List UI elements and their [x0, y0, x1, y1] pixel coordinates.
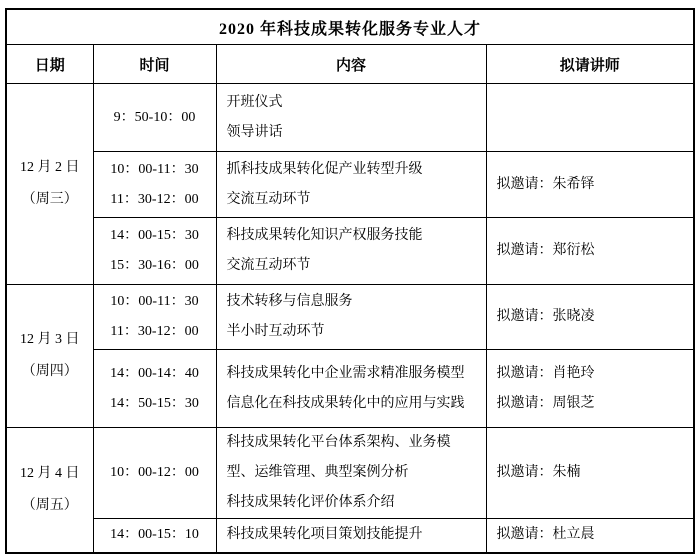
- time-text: 15：30-16：00: [94, 251, 216, 281]
- table-row: 14：00-15：30 15：30-16：00 科技成果转化知识产权服务技能 交…: [6, 218, 694, 285]
- lecturer-cell: 拟邀请：朱希铎: [486, 152, 694, 218]
- content-cell: 抓科技成果转化促产业转型升级 交流互动环节: [216, 152, 486, 218]
- content-text: 信息化在科技成果转化中的应用与实践: [227, 389, 476, 419]
- content-text: 领导讲话: [227, 118, 476, 148]
- time-text: 10：00-12：00: [94, 458, 216, 488]
- content-cell: 科技成果转化中企业需求精准服务模型 信息化在科技成果转化中的应用与实践: [216, 350, 486, 428]
- table-row: 12 月 4 日 （周五） 10：00-12：00 科技成果转化平台体系架构、业…: [6, 428, 694, 519]
- lecturer-text: 拟邀请：朱楠: [497, 458, 684, 488]
- content-text: 技术转移与信息服务: [227, 287, 476, 317]
- date-text: 12 月 2 日: [7, 152, 93, 184]
- date-text: 12 月 3 日: [7, 324, 93, 356]
- date-cell-dec3: 12 月 3 日 （周四）: [6, 285, 93, 428]
- time-cell: 14：00-14：40 14：50-15：30: [93, 350, 216, 428]
- lecturer-cell: 拟邀请：张晓凌: [486, 285, 694, 350]
- lecturer-text: 拟邀请：张晓凌: [497, 302, 684, 332]
- table-row: 12 月 2 日 （周三） 9：50-10：00 开班仪式 领导讲话: [6, 84, 694, 152]
- time-cell: 14：00-15：10: [93, 519, 216, 553]
- time-text: 11：30-12：00: [94, 185, 216, 215]
- time-text: 14：50-15：30: [94, 389, 216, 419]
- time-cell: 10：00-11：30 11：30-12：00: [93, 285, 216, 350]
- date-cell-dec2: 12 月 2 日 （周三）: [6, 84, 93, 285]
- table-row: 10：00-11：30 11：30-12：00 抓科技成果转化促产业转型升级 交…: [6, 152, 694, 218]
- lecturer-cell: 拟邀请：杜立晨: [486, 519, 694, 553]
- lecturer-text: 拟邀请：朱希铎: [497, 170, 684, 200]
- column-header-time: 时间: [93, 45, 216, 84]
- lecturer-cell: 拟邀请：朱楠: [486, 428, 694, 519]
- lecturer-text: 拟邀请：肖艳玲: [497, 359, 684, 389]
- page: 2020 年科技成果转化服务专业人才 日期 时间 内容 拟请讲师 12 月 2 …: [0, 0, 700, 560]
- date-cell-dec4: 12 月 4 日 （周五）: [6, 428, 93, 553]
- content-cell: 开班仪式 领导讲话: [216, 84, 486, 152]
- column-header-content: 内容: [216, 45, 486, 84]
- time-text: 11：30-12：00: [94, 317, 216, 347]
- content-text: 交流互动环节: [227, 185, 476, 215]
- lecturer-cell: 拟邀请：肖艳玲 拟邀请：周银芝: [486, 350, 694, 428]
- header-row: 日期 时间 内容 拟请讲师: [6, 45, 694, 84]
- content-text: 交流互动环节: [227, 251, 476, 281]
- table-row: 14：00-15：10 科技成果转化项目策划技能提升 拟邀请：杜立晨: [6, 519, 694, 553]
- lecturer-text: 拟邀请：郑衍松: [497, 236, 684, 266]
- time-text: 9：50-10：00: [94, 103, 216, 133]
- time-cell: 9：50-10：00: [93, 84, 216, 152]
- table-row: 12 月 3 日 （周四） 10：00-11：30 11：30-12：00 技术…: [6, 285, 694, 350]
- content-text: 半小时互动环节: [227, 317, 476, 347]
- time-cell: 14：00-15：30 15：30-16：00: [93, 218, 216, 285]
- column-header-lecturer: 拟请讲师: [486, 45, 694, 84]
- weekday-text: （周三）: [7, 184, 93, 216]
- weekday-text: （周四）: [7, 356, 93, 388]
- content-cell: 科技成果转化平台体系架构、业务模型、运维管理、典型案例分析 科技成果转化评价体系…: [216, 428, 486, 519]
- weekday-text: （周五）: [7, 490, 93, 522]
- time-cell: 10：00-12：00: [93, 428, 216, 519]
- title-row: 2020 年科技成果转化服务专业人才: [6, 9, 694, 45]
- content-cell: 科技成果转化项目策划技能提升: [216, 519, 486, 553]
- time-text: 10：00-11：30: [94, 287, 216, 317]
- content-text: 科技成果转化项目策划技能提升: [227, 520, 476, 550]
- content-cell: 科技成果转化知识产权服务技能 交流互动环节: [216, 218, 486, 285]
- time-text: 14：00-15：30: [94, 221, 216, 251]
- time-text: 10：00-11：30: [94, 155, 216, 185]
- schedule-table: 2020 年科技成果转化服务专业人才 日期 时间 内容 拟请讲师 12 月 2 …: [5, 8, 695, 554]
- content-text: 科技成果转化平台体系架构、业务模型、运维管理、典型案例分析: [227, 428, 476, 488]
- lecturer-text: 拟邀请：周银芝: [497, 389, 684, 419]
- time-cell: 10：00-11：30 11：30-12：00: [93, 152, 216, 218]
- table-row: 14：00-14：40 14：50-15：30 科技成果转化中企业需求精准服务模…: [6, 350, 694, 428]
- content-text: 科技成果转化知识产权服务技能: [227, 221, 476, 251]
- lecturer-cell: 拟邀请：郑衍松: [486, 218, 694, 285]
- content-text: 开班仪式: [227, 88, 476, 118]
- content-cell: 技术转移与信息服务 半小时互动环节: [216, 285, 486, 350]
- content-text: 科技成果转化中企业需求精准服务模型: [227, 359, 476, 389]
- content-text: 抓科技成果转化促产业转型升级: [227, 155, 476, 185]
- date-text: 12 月 4 日: [7, 458, 93, 490]
- table-title: 2020 年科技成果转化服务专业人才: [6, 9, 694, 45]
- time-text: 14：00-14：40: [94, 359, 216, 389]
- lecturer-cell: [486, 84, 694, 152]
- lecturer-text: 拟邀请：杜立晨: [497, 520, 684, 550]
- time-text: 14：00-15：10: [94, 520, 216, 550]
- column-header-date: 日期: [6, 45, 93, 84]
- content-text: 科技成果转化评价体系介绍: [227, 488, 476, 518]
